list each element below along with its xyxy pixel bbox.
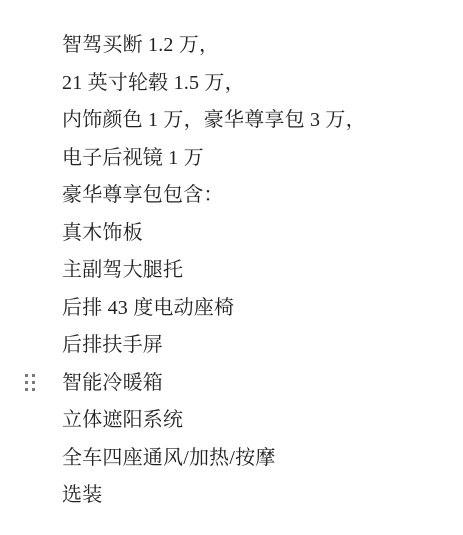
paragraph-line[interactable]: 后排扶手屏	[62, 327, 453, 365]
drag-dot	[32, 381, 35, 384]
document-content: 智驾买断 1.2 万， 21 英寸轮毂 1.5 万， 内饰颜色 1 万，豪华尊享…	[62, 27, 453, 515]
drag-handle-icon[interactable]	[25, 374, 35, 391]
paragraph-line[interactable]: 内饰颜色 1 万，豪华尊享包 3 万，	[62, 102, 453, 140]
paragraph-line[interactable]: 主副驾大腿托	[62, 252, 453, 290]
drag-dot	[25, 388, 28, 391]
paragraph-line[interactable]: 后排 43 度电动座椅	[62, 290, 453, 328]
paragraph-line[interactable]: 全车四座通风/加热/按摩	[62, 440, 453, 478]
drag-dot	[32, 388, 35, 391]
paragraph-line[interactable]: 选装	[62, 477, 453, 515]
drag-dot	[25, 374, 28, 377]
paragraph-line[interactable]: 真木饰板	[62, 215, 453, 253]
paragraph-line[interactable]: 智驾买断 1.2 万，	[62, 27, 453, 65]
drag-dot	[25, 381, 28, 384]
paragraph-line[interactable]: 立体遮阳系统	[62, 402, 453, 440]
drag-dot	[32, 374, 35, 377]
paragraph-line[interactable]: 电子后视镜 1 万	[62, 140, 453, 178]
paragraph-line[interactable]: 豪华尊享包包含：	[62, 177, 453, 215]
paragraph-line[interactable]: 智能冷暖箱	[62, 365, 453, 403]
paragraph-line[interactable]: 21 英寸轮毂 1.5 万，	[62, 65, 453, 103]
